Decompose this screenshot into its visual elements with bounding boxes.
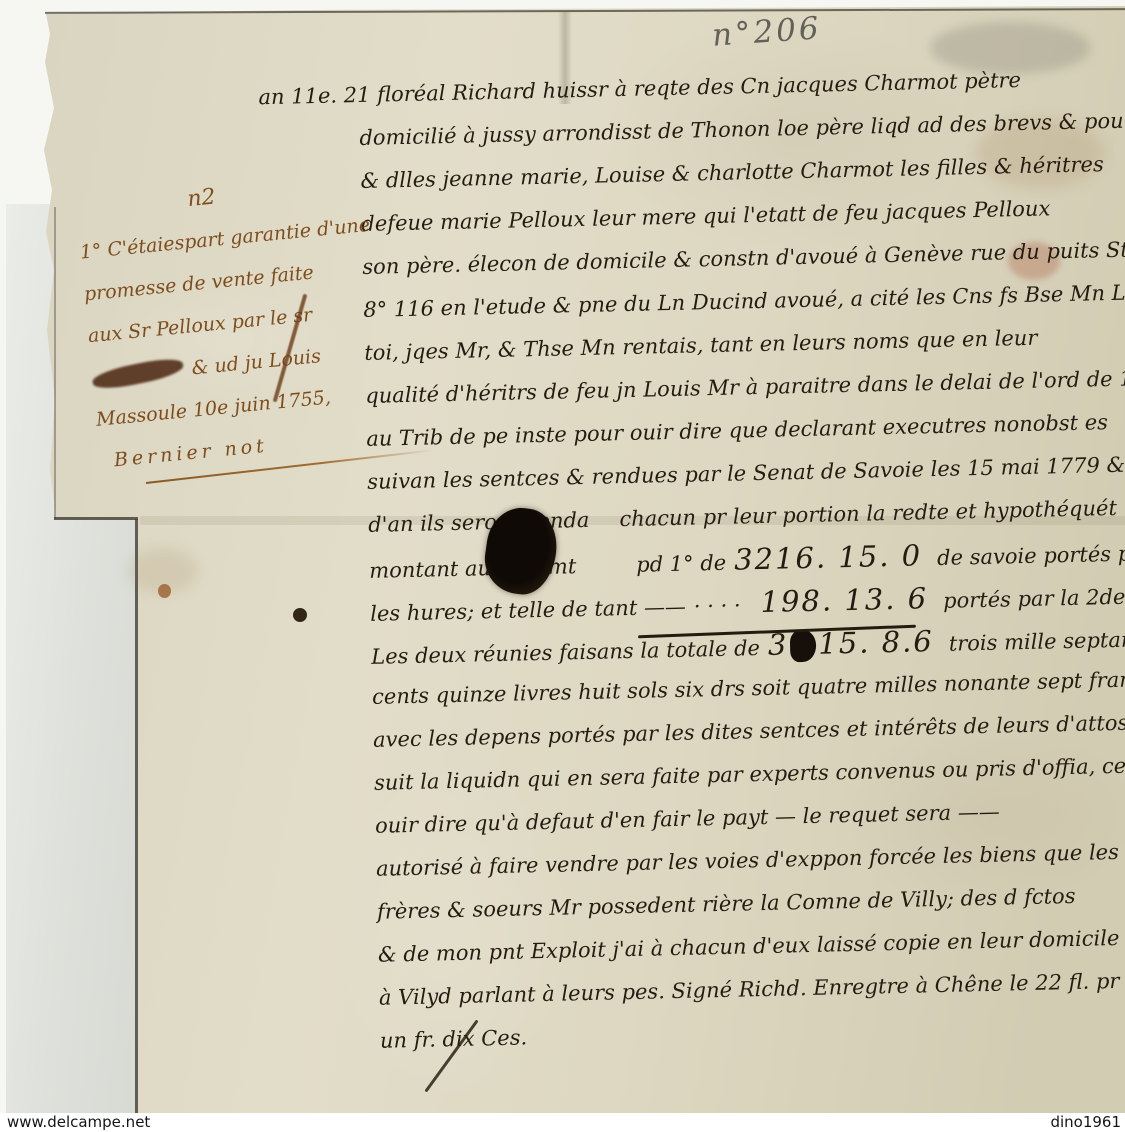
amount-value: 3216. 15. 0 — [734, 538, 923, 576]
dot-leader: · · · · — [694, 593, 741, 618]
line-text: d'an ils seront conda — [368, 508, 590, 537]
ink-dot — [293, 608, 307, 622]
line-text: de savoie portés par — [937, 541, 1125, 570]
watermark-user: dino1961 — [1050, 1113, 1121, 1132]
line-text: à Vilyd parlant à leurs pes. Signé Richd… — [379, 969, 1120, 1010]
rust-dot — [158, 584, 171, 598]
line-text: chacun pr leur portion la redte et hypot… — [619, 496, 1117, 531]
paper-step-edge — [54, 517, 138, 520]
margin-note-block: n2 1° C'étaiespart garantie d'une promes… — [74, 160, 411, 482]
pencil-registry-number: n°206 — [711, 10, 823, 54]
watermark-bar: www.delcampe.net dino1961 — [0, 1113, 1125, 1132]
line-text: portés par la 2de — [943, 585, 1125, 613]
manuscript-photo: n°206 an 11e. 21 floréal Richard huissr … — [0, 0, 1125, 1132]
amount-value: 198. 13. 6 — [760, 581, 928, 619]
ink-blot-small — [790, 630, 817, 663]
line-text: les hures; et telle de tant —— — [370, 595, 686, 626]
line-text: trois mille septante — [949, 627, 1125, 656]
manuscript-text-block: an 11e. 21 floréal Richard huissr à reqt… — [358, 56, 1125, 1063]
ink-scribble — [91, 355, 185, 393]
watermark-site: www.delcampe.net — [7, 1113, 150, 1132]
margin-note-text: & ud ju Louis — [191, 345, 322, 379]
line-text: Les deux réunies faisans la totale de — [371, 636, 760, 669]
line-text: pd 1° de — [636, 551, 726, 577]
paper-left-edge-upper — [54, 207, 56, 519]
paper-left-edge-lower — [135, 519, 138, 1115]
